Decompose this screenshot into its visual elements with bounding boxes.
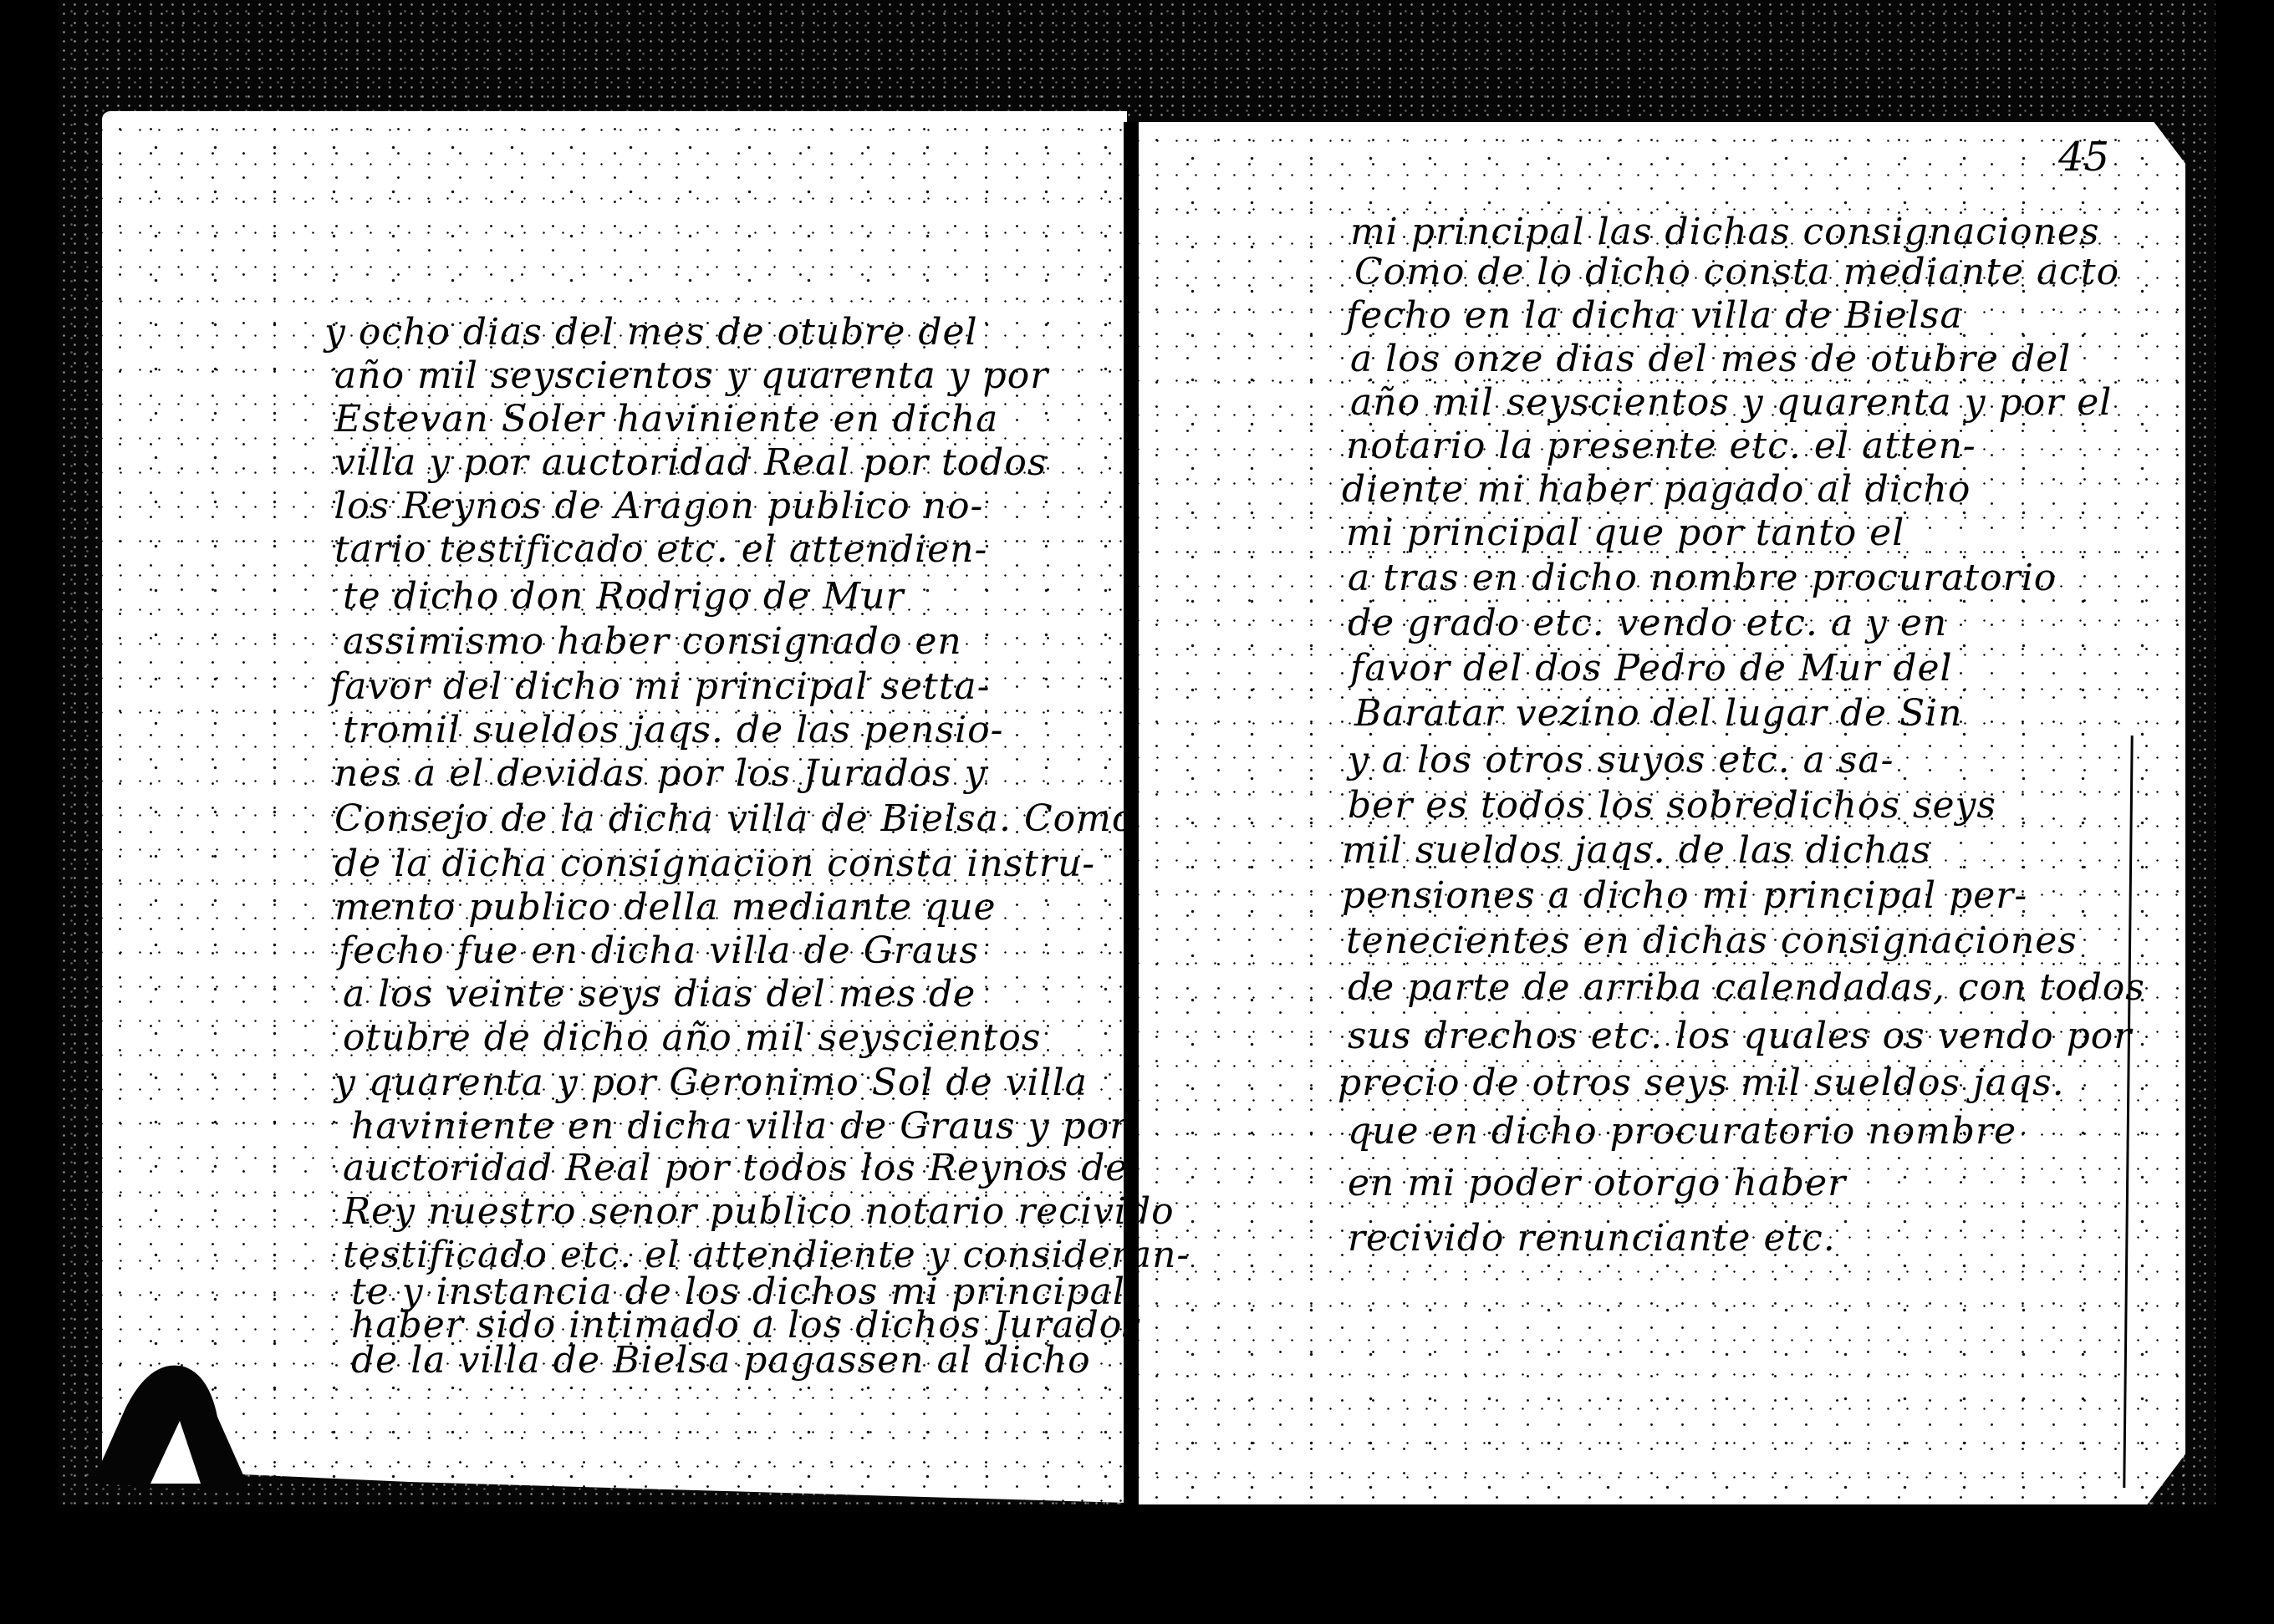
text-line: fecho fue en dicha villa de Graus [339, 929, 979, 972]
text-line: los Reynos de Aragon publico no- [334, 485, 983, 527]
text-line: favor del dos Pedro de Mur del [1350, 647, 1953, 690]
binding-clip-icon [92, 1358, 259, 1492]
text-line: y quarenta y por Geronimo Sol de villa [334, 1061, 1088, 1104]
text-line: tromil sueldos jaqs. de las pensio- [343, 709, 1004, 751]
text-line: otubre de dicho año mil seyscientos [343, 1016, 1041, 1059]
text-line: a los onze dias del mes de otubre del [1350, 338, 2071, 380]
text-line: y a los otros suyos etc. a sa- [1348, 739, 1894, 781]
text-line: sus drechos etc. los quales os vendo por [1348, 1015, 2132, 1057]
text-line: año mil seyscientos y quarenta y por el [1350, 381, 2112, 424]
text-line: diente mi haber pagado al dicho [1342, 468, 1971, 511]
text-line: mento publico della mediante que [334, 886, 997, 929]
text-line: Baratar vezino del lugar de Sin [1354, 692, 1963, 735]
text-line: favor del dicho mi principal setta- [330, 665, 991, 708]
text-line: precio de otros seys mil sueldos jaqs. [1338, 1061, 2065, 1104]
text-line: Consejo de la dicha villa de Bielsa. Com… [334, 797, 1134, 840]
text-line: auctoridad Real por todos los Reynos del [343, 1147, 1140, 1189]
scanner-bottom-band [0, 1504, 2274, 1624]
text-line: assimismo haber consignado en [343, 620, 962, 663]
scanned-manuscript: 45 y ocho dias del mes de otubre del año… [0, 0, 2274, 1624]
text-line: de la dicha consignacion consta instru- [334, 843, 1095, 885]
text-line: fecho en la dicha villa de Bielsa [1346, 294, 1963, 337]
text-line: Como de lo dicho consta mediante acto [1354, 251, 2119, 293]
text-line: pensiones a dicho mi principal per- [1342, 874, 2027, 917]
text-line: ber es todos los sobredichos seys [1348, 784, 1996, 827]
text-line: año mil seyscientos y quarenta y por [334, 354, 1048, 397]
text-line: nes a el devidas por los Jurados y [334, 752, 987, 795]
text-line: de parte de arriba calendadas, con todos [1348, 966, 2145, 1009]
text-line: te dicho don Rodrigo de Mur [343, 575, 905, 618]
text-line: en mi poder otorgo haber [1348, 1162, 1846, 1204]
text-line: y ocho dias del mes de otubre del [324, 311, 978, 354]
text-line: que en dicho procuratorio nombre [1348, 1110, 2017, 1153]
text-line: tario testificado etc. el attendien- [334, 528, 987, 571]
text-line: villa y por auctoridad Real por todos [334, 441, 1047, 484]
folio-number: 45 [2058, 134, 2109, 181]
text-line: mi principal las dichas consignaciones [1350, 211, 2099, 253]
text-line: notario la presente etc. el atten- [1346, 425, 1976, 467]
text-line: tenecientes en dichas consignaciones [1346, 919, 2078, 962]
text-line: a los veinte seys dias del mes de [343, 973, 976, 1016]
text-line: Estevan Soler haviniente en dicha [334, 398, 998, 440]
text-line: mi principal que por tanto el [1346, 512, 1904, 554]
text-line: Rey nuestro senor publico notario recivi… [343, 1190, 1175, 1233]
text-line: de grado etc. vendo etc. a y en [1348, 602, 1947, 644]
text-line: mil sueldos jaqs. de las dichas [1342, 829, 1931, 872]
text-line: a tras en dicho nombre procuratorio [1348, 557, 2057, 599]
text-line: recivido renunciante etc. [1348, 1217, 1836, 1260]
text-line: de la villa de Bielsa pagassen al dicho [351, 1339, 1091, 1382]
text-line: haviniente en dicha villa de Graus y por [351, 1105, 1128, 1148]
